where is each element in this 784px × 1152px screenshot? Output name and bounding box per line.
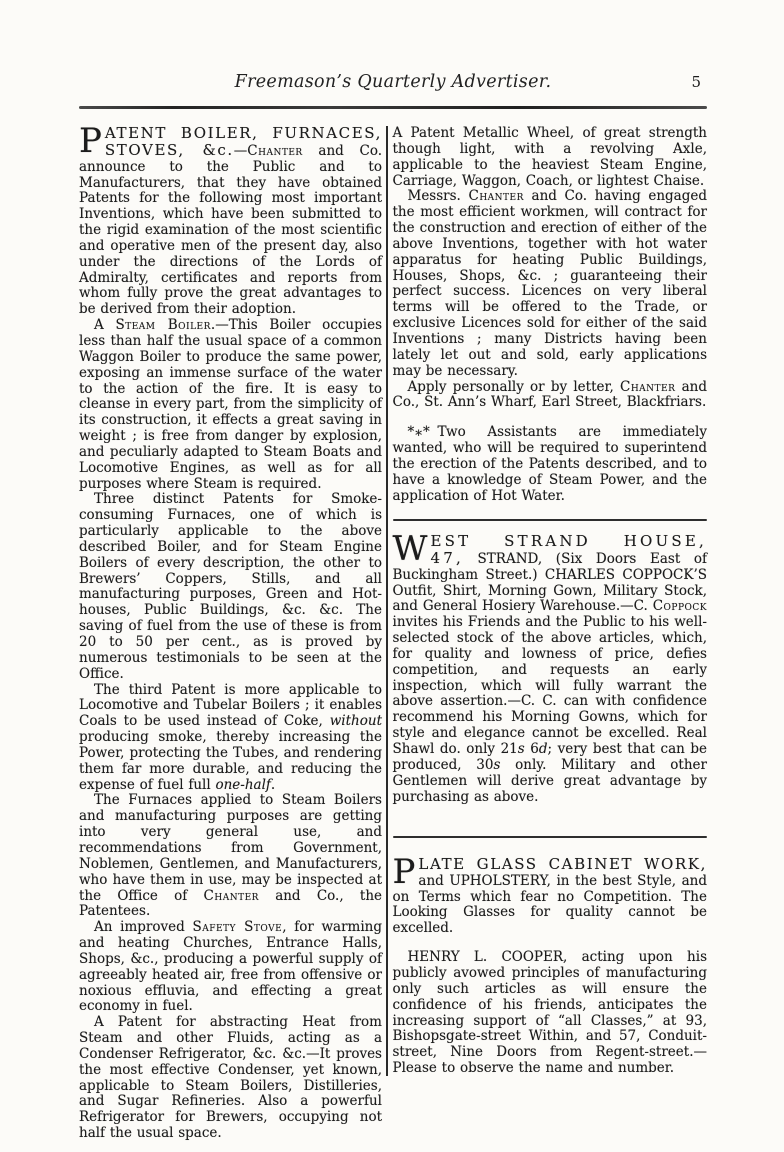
paragraph: A Steam Boiler.—This Boiler occupies les… <box>79 318 382 492</box>
paragraph-notice: *** Two Assistants are immediately wante… <box>393 425 708 504</box>
dropcap-letter: W <box>393 534 431 562</box>
text-segment: Safety Stove <box>192 919 282 935</box>
text-segment: d <box>539 741 548 757</box>
text-segment: 6 <box>525 741 539 757</box>
text-segment: HENRY L. COOPER, acting upon his publicl… <box>393 949 708 1076</box>
paragraph-text: EST STRAND HOUSE, 47, STRAND, (Six Doors… <box>393 534 708 805</box>
masthead-title: Freemason’s Quarterly Advertiser. <box>79 72 707 92</box>
left-column: PATENT BOILER, FURNACES, STOVES, &c.—Cha… <box>79 126 382 1142</box>
text-segment: .—This Boiler occupies less than half th… <box>79 317 382 491</box>
text-segment: A <box>94 317 115 333</box>
dropcap-letter: P <box>79 126 105 154</box>
text-segment: invites his Friends and the Public to hi… <box>393 614 708 757</box>
text-segment: LATE GLASS CABINET WORK, <box>418 855 707 873</box>
paragraph: Three distinct Patents for Smoke-consumi… <box>79 492 382 682</box>
text-segment: and Co. having engaged the most efficien… <box>393 188 708 378</box>
text-segment: and Co. announce to the Public and to Ma… <box>79 143 382 317</box>
text-segment: A Patent for abstracting Heat from Steam… <box>79 1014 382 1141</box>
text-segment: * <box>415 428 423 444</box>
header-rule <box>79 106 707 109</box>
paragraph: PLATE GLASS CABINET WORK, and UPHOLSTERY… <box>393 857 708 937</box>
section-divider <box>393 519 708 521</box>
paragraph: A Patent for abstracting Heat from Steam… <box>79 1015 382 1142</box>
columns-container: PATENT BOILER, FURNACES, STOVES, &c.—Cha… <box>79 126 707 1142</box>
masthead: Freemason’s Quarterly Advertiser. 5 <box>79 72 707 100</box>
spacer <box>393 411 708 425</box>
text-segment: Chanter <box>204 888 259 904</box>
text-segment: Two Assistants are immediately wanted, w… <box>393 424 708 503</box>
paragraph-text: LATE GLASS CABINET WORK, and UPHOLSTERY,… <box>393 857 708 936</box>
text-segment: Chanter <box>468 188 523 204</box>
text-segment: * <box>423 424 431 440</box>
paragraph: PATENT BOILER, FURNACES, STOVES, &c.—Cha… <box>79 126 382 318</box>
text-segment: Three distinct Patents for Smoke-consumi… <box>79 491 382 681</box>
paragraph: WEST STRAND HOUSE, 47, STRAND, (Six Door… <box>393 534 708 805</box>
page-number: 5 <box>691 73 701 91</box>
text-segment: Coppock <box>653 598 707 614</box>
paragraph: An improved Safety Stove, for warming an… <box>79 920 382 1015</box>
paragraph: Messrs. Chanter and Co. having engaged t… <box>393 189 708 379</box>
text-segment: Messrs. <box>408 188 469 204</box>
scanned-page: Freemason’s Quarterly Advertiser. 5 PATE… <box>79 72 707 1142</box>
paragraph-text: ATENT BOILER, FURNACES, STOVES, &c.—Chan… <box>79 126 382 317</box>
text-segment: s <box>518 741 525 757</box>
text-segment: Apply personally or by letter, <box>408 379 620 395</box>
paragraph: HENRY L. COOPER, acting upon his publicl… <box>393 950 708 1077</box>
text-segment: An improved <box>94 919 192 935</box>
text-segment: — <box>234 143 248 159</box>
text-segment: and UPHOLSTERY, in the best Style, and o… <box>393 873 708 937</box>
paragraph: A Patent Metallic Wheel, of great streng… <box>393 126 708 189</box>
text-segment: one-half <box>215 777 270 793</box>
text-segment: . <box>271 777 275 793</box>
column-divider <box>386 126 388 1076</box>
text-segment: A Patent Metallic Wheel, of great streng… <box>393 125 708 189</box>
section-divider <box>393 836 708 838</box>
dropcap-letter: P <box>393 857 419 885</box>
paragraph: The Furnaces applied to Steam Boilers an… <box>79 793 382 920</box>
text-segment: Chanter <box>247 143 302 159</box>
text-segment: Steam Boiler <box>115 317 210 333</box>
right-column: A Patent Metallic Wheel, of great streng… <box>393 126 708 1142</box>
paragraph: Apply personally or by letter, Chanter a… <box>393 380 708 412</box>
paragraph: The third Patent is more applicable to L… <box>79 683 382 794</box>
text-segment: Chanter <box>620 379 675 395</box>
text-segment: without <box>330 713 382 729</box>
